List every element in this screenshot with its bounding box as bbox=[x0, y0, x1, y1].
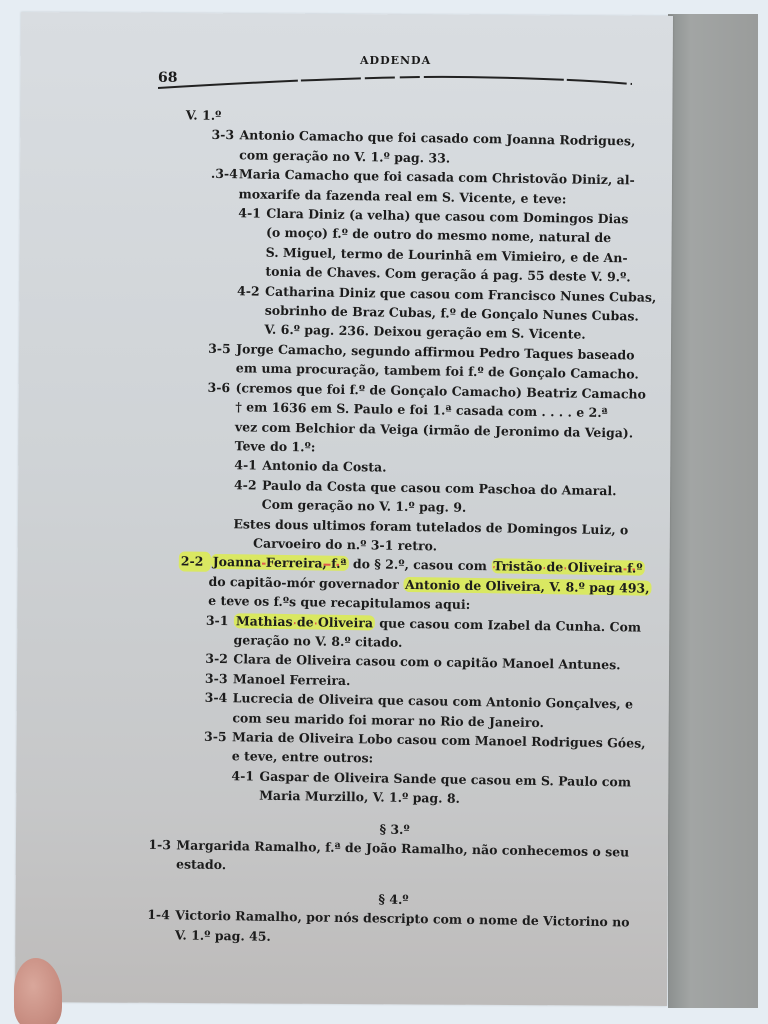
facing-page-edge bbox=[668, 14, 758, 1008]
header-rule bbox=[158, 74, 632, 92]
highlight: 2-2 bbox=[179, 552, 211, 572]
highlight-underline: Tristão de Oliveira f.º bbox=[491, 559, 645, 576]
highlight: Antonio de Oliveira, V. 8.º pag 493, bbox=[403, 577, 652, 596]
page-header: 68 ADDENDA bbox=[158, 52, 632, 92]
highlight-underline: Mathias de Oliveira bbox=[234, 613, 375, 630]
running-head: ADDENDA bbox=[360, 54, 431, 67]
highlight-underline: Joanna Ferreira, f.ª bbox=[211, 554, 349, 571]
page-body: V. 1.º 3-3Antonio Camacho que foi casado… bbox=[147, 105, 652, 952]
